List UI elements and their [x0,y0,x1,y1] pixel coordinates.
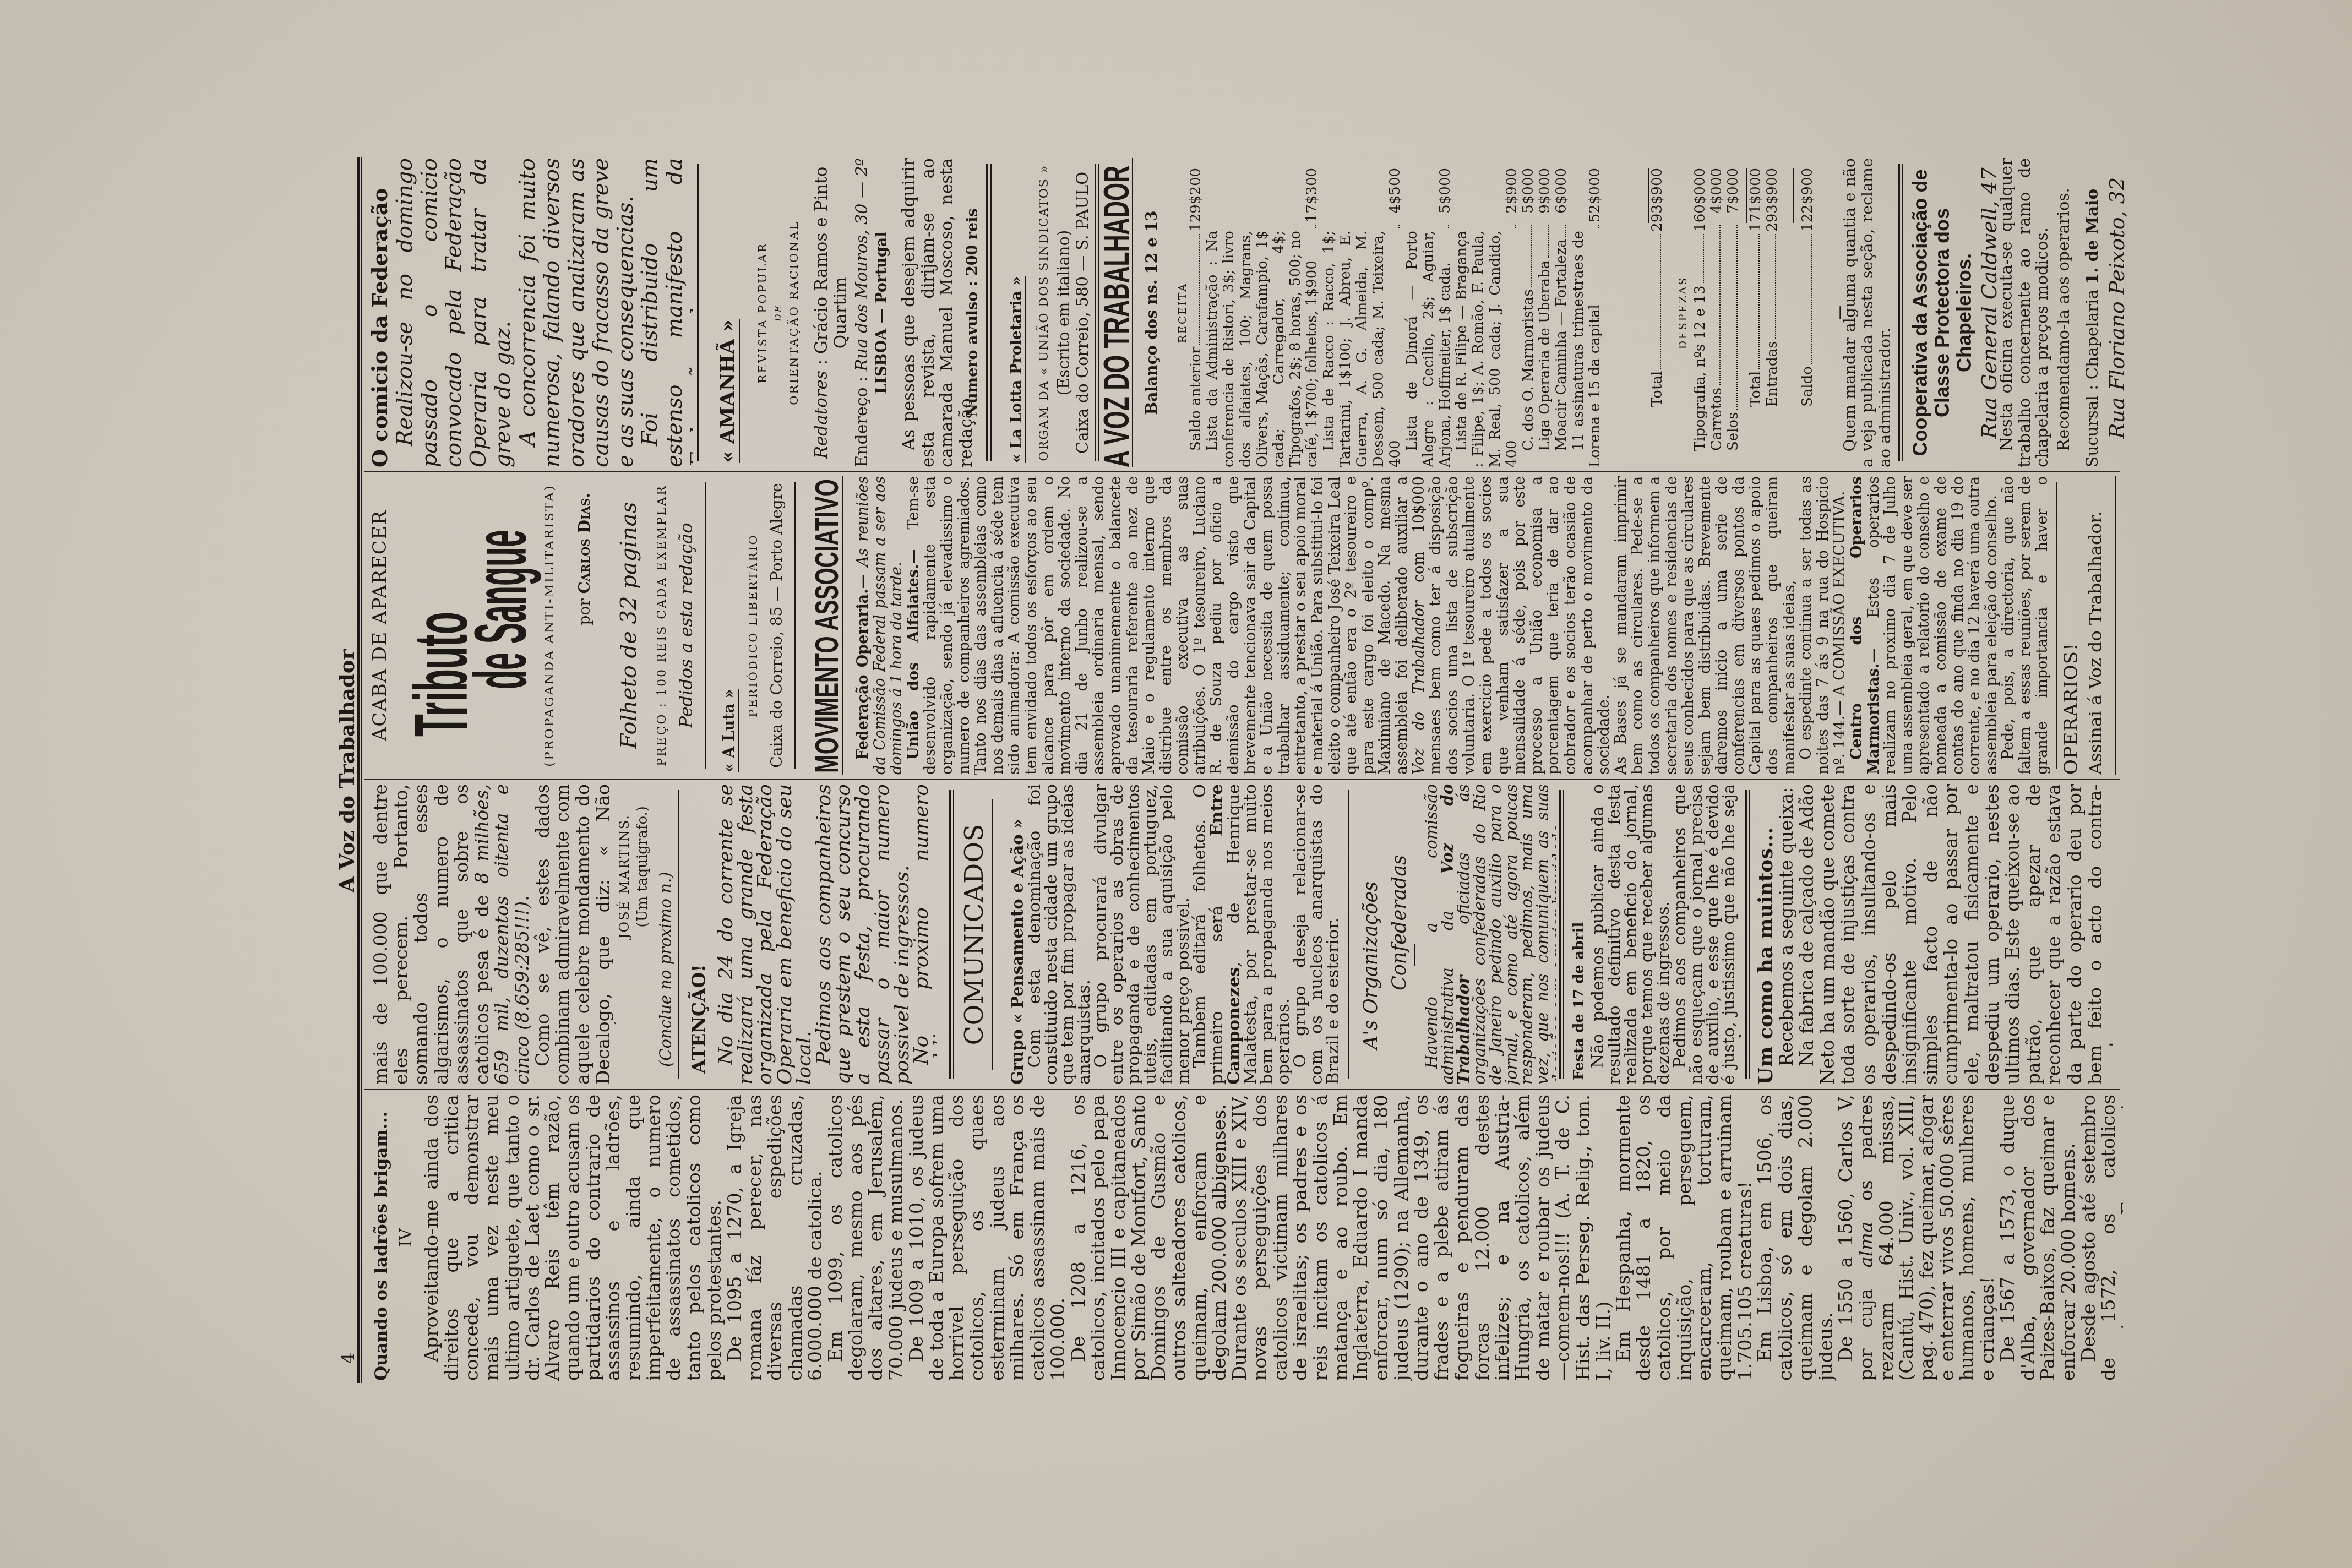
paragraph: Tambem editará folhetos. O primeiro será… [1192,784,1292,1085]
dot-leader [1775,234,1776,339]
ledger-desc: Selos [1725,412,1741,467]
ledger-desc: C. dos O. Marmoristas [1520,289,1537,467]
cooperativa-title: Cooperativa da Associação de Classe Prot… [1909,158,1975,467]
paragraph: Pede, pois, a directoria, que não faltem… [2000,476,2051,775]
ledger-amount: 6$000 [1553,158,1570,223]
dot-leader [1398,225,1400,228]
dot-leader [1598,225,1599,228]
lotta-address: Caixa do Correio, 580 — S. PAULO [1073,158,1092,467]
text-run: com 10$000 mensaes bem como ter á dispos… [1411,476,1613,775]
branch-label: Sucursal : Chapelaria [2083,284,2101,467]
section-rule [697,164,701,461]
a-luta-header: « A Luta » [721,476,739,775]
paragraph: Recomendamo-la aos operarios. [2055,158,2073,467]
balance-note: Quem mandar alguma quantia e não a veja … [1841,158,1894,467]
amanha-address: Endereço : Rua dos Mouros, 30 — 2ºLISBOA… [852,158,892,467]
news-item: União dos Alfaiates.— Tem-se desenvolvid… [906,476,1613,775]
ledger-amount: 7$000 [1725,158,1741,223]
editors-names: : Grácio Ramos e Pinto Quartim [812,167,851,371]
ledger-desc: Lista de Dinorá — Porto Alegre : Cecilio… [1404,231,1454,467]
news-item-head: União dos Alfaiates.— [905,529,922,760]
cooperativa-branch-address: Rua Floriano Peixoto, 32 [2105,158,2129,467]
ledger-row: Lista de Dinorá — Porto Alegre : Cecilio… [1404,158,1454,467]
ad-price: PREÇO : 100 REIS CADA EXEMPLAR [654,476,671,775]
ledger-amount: 5$000 [1520,158,1537,223]
paragraph: As Bases já se mandaram imprimir bem com… [1613,476,1799,775]
section-title-underline [842,476,843,775]
ledger-row: Saldo anterior129$200 [1188,158,1204,467]
amanha-subtitle: REVISTA POPULAR DE ORIENTAÇÃO RACIONAL [755,158,802,467]
section-rule [986,164,992,461]
complaint-body: Recebemos a seguinte queixa: Na fabrica … [1776,784,2113,1085]
dot-leader [1660,234,1661,369]
paragraph: O grupo procurará divulgar entre os oper… [1093,784,1192,1085]
text-run-italic: alma [1855,1222,1877,1268]
paragraph: A concorrencia foi muito numerosa, falan… [516,158,639,467]
ledger-amount: 160$000 [1692,158,1708,232]
newspaper-page: 4 A Voz do Trabalhador Quando os ladrões… [325,151,2136,1390]
ledger-row-income: Entradas293$900 [1764,158,1781,467]
ledger-desc: Lista de Racco : Racco, 1$; Tartarini, 1… [1321,231,1404,467]
ad-byline: por Carlos Dias. [576,476,594,775]
ad-format: Folheto de 32 paginas [617,476,641,775]
section-rule [1348,790,1352,1079]
paragraph: Em 1099, os catolicos degolaram, mesmo a… [826,1095,907,1381]
ledger-amount: 4$500 [1387,158,1403,223]
paragraph: O espedinte continua a ser todas as noit… [1798,476,1849,775]
notice-body: No dia 24 do corrente se realizará uma g… [716,784,937,1085]
dot-leader [1703,234,1704,284]
ledger-row: Liga Operaria de Uberaba9$000 [1537,158,1553,467]
paragraph: mais de 100.000 que dentre eles perecem.… [371,784,533,1085]
balance-paper-title: A VOZ DO TRABALHADOR [1098,158,1133,467]
dot-leader [1315,225,1316,228]
news-item-text: Estes operarios realizam no proximo dia … [1865,476,2000,775]
title-dash [1414,944,1415,966]
column-divider [364,471,2120,472]
festa-body: Não podemos publicar ainda o resultado d… [1590,784,1741,1085]
section-title-text: MOVIMENTO ASSOCIATIVO [809,479,845,773]
organizations-body: Havendo a comissão administrativa da Voz… [1424,784,1556,1085]
dot-leader [1199,234,1200,345]
news-item: Federação Operaria.— As reuniões da Comi… [855,476,906,775]
ledger-desc: Moacir Caminha — Fortaleza [1553,239,1570,467]
article-body: Realizou-se no domingo passado o comicio… [393,158,693,467]
subtitle-line: DE [771,158,787,467]
subscribe-text: Assinai á Voz do Trabalhador. [2084,476,2106,775]
ad-title-line2: de Sangue [467,524,544,689]
group-body: Com esta denominação foi constituido nes… [1027,784,1343,1085]
ledger-desc: Lista de R. Filipe — Bragança : Filipe, … [1453,231,1520,467]
paragraph: O grupo deseja relacionar-se com os nucl… [1292,784,1342,1085]
column-2: mais de 100.000 que dentre eles perecem.… [325,784,2136,1085]
paper-title-text: A VOZ DO TRABALHADOR [1097,166,1136,467]
paragraph: Pedimos aos companheiros que prestem o s… [814,784,912,1085]
section-rule [2056,482,2060,769]
paragraph: Em Lisboa, em 1506, os catolicos, só em … [1755,1095,1836,1381]
ledger-desc: 11 assinaturas trimestraes de Lorena e 1… [1570,231,1603,467]
ad-author: Carlos Dias. [575,493,594,594]
signature: A COMISSÃO EXECUTIVA. [1831,491,1848,696]
ledger-amount: 52$000 [1587,158,1603,223]
paragraph: Quem mandar alguma quantia e não a veja … [1841,158,1894,467]
ledger-row-balance: Saldo122$900 [1799,158,1816,467]
ledger-amount: 129$200 [1188,158,1204,232]
paragraph: No proximo numero publicaremos o program… [912,784,937,1085]
paragraph: Desde agosto até setembro de 1572, os ca… [2079,1095,2123,1381]
ledger-amount: 293$900 [1764,158,1781,232]
section-rule [794,482,798,769]
ledger-desc: Carretos [1708,388,1725,467]
section-rule [1559,790,1564,1079]
ledger-desc: Saldo [1799,366,1816,467]
organizations-title-line1: A's Organizações [1360,784,1382,1085]
paragraph: Não podemos publicar ainda o resultado d… [1590,784,1672,1085]
ledger-amount: 5$000 [1437,158,1453,223]
dot-leader [1736,225,1738,410]
article-part-number: IV [396,1095,416,1381]
complaint-title: Um como ha muintos... [1755,784,1777,1085]
paragraph: Como se vê, estes dados combinam admirav… [533,784,616,1085]
paragraph: Foi distribuido um estenso manifesto da … [638,158,693,467]
paragraph: Na fabrica de calçado de Adão Neto ha um… [1796,784,2113,1085]
column-4: O comicio da Federação Realizou-se no do… [325,158,2136,467]
section-rule [949,790,954,1079]
dot-leader [1515,225,1516,228]
dot-leader [1719,225,1721,385]
section-rule [1745,790,1750,1079]
festa-title: Festa de 17 de abril [1571,784,1587,1085]
article-title: Quando os ladrões brigam... [371,1095,392,1381]
ledger-desc: Entradas [1764,341,1781,467]
balance-summary: Total171$000 Entradas293$900 Saldo122$90… [1746,158,1816,467]
section-rule [1898,164,1903,461]
subtitle-line: REVISTA POPULAR [755,158,771,467]
dot-leader [1548,225,1549,258]
a-luta-title: « A Luta » [722,689,739,772]
branch-name: 1. de Maio [2082,189,2101,284]
column-divider [364,1089,2120,1090]
ledger-desc: Total [1747,371,1764,467]
article-body: Aproveitando-me ainda dos direitos que a… [422,1095,2123,1381]
continued-note: (Conclue no proximo n.) [656,784,675,1085]
ledger-row: Lista de R. Filipe — Bragança : Filipe, … [1453,158,1520,467]
paper-title-underline [1132,158,1133,467]
ad-orders: Pedidos a esta redação [676,476,696,775]
movimento-section-title: MOVIMENTO ASSOCIATIVO [809,476,843,773]
ledger-amount: 17$300 [1304,158,1320,223]
ledger-row: Selos7$000 [1725,158,1741,467]
address-street: Rua dos Mouros, 30 — 2º [852,158,872,371]
lotta-language: (Escrito em italiano) [1054,158,1074,467]
expenses-label: DESPEZAS [1675,158,1691,467]
section-rule [678,790,682,1079]
paragraph: De 1208 a 1216, os catolicos, incitados … [1069,1095,1231,1381]
ledger-desc: Lista da Administração : Na conferencia … [1204,231,1320,467]
a-luta-subtitle: PERIÓDICO LIBERTÁRIO [744,476,762,775]
paragraph: De 1095 a 1270, a Igreja romana fáz pere… [725,1095,826,1381]
receipts-total: Total293$900 [1648,158,1665,467]
ledger-amount: 4$000 [1708,158,1725,223]
group-title: Grupo « Pensamento e Ação » [1009,784,1026,1085]
paragraph: Aproveitando-me ainda dos direitos que a… [422,1095,725,1381]
lotta-title: « La Lotta Proletaria » [1009,276,1026,463]
paragraph: De 1567 a 1573, o duque d'Alba, governad… [1998,1095,2079,1381]
paragraph: No dia 24 do corrente se realizará uma g… [716,784,814,1085]
paragraph: Com esta denominação foi constituido nes… [1027,784,1093,1085]
cooperativa-branch: Sucursal : Chapelaria 1. de Maio [2083,158,2101,467]
byline-prefix: por [575,594,594,625]
ad-kicker: ACABA DE APARECER [369,476,391,775]
ledger-amount: 293$900 [1649,158,1665,232]
paragraph: De 1550 a 1560, Carlos V, por cuja alma … [1836,1095,1998,1381]
expenses-ledger: Tipografia, nºs 12 e 13160$000 Carretos4… [1692,158,1742,467]
ledger-amount: 2$900 [1504,158,1520,223]
ledger-row: Carretos4$000 [1708,158,1725,467]
a-luta-address: Caixa do Correio, 85 — Porto Alegre [767,476,787,775]
section-rule [705,482,709,769]
receipts-ledger: Saldo anterior129$200 Lista da Administr… [1188,158,1603,467]
subtitle-line: ORIENTAÇÃO RACIONAL [786,158,802,467]
amanha-price: Numero avulso : 200 reis [963,158,982,467]
ad-subtitle: (PROPAGANDA ANTI-MILITARISTA) [541,476,558,775]
column-1: Quando os ladrões brigam... IV Aproveita… [325,1095,2136,1381]
ledger-amount: 171$000 [1747,158,1764,232]
article-continuation: mais de 100.000 que dentre eles perecem.… [371,784,616,1085]
column-3: ACABA DE APARECER Tributo de Sangue (PRO… [325,476,2136,775]
column-divider [364,779,2120,780]
ledger-row: 11 assinaturas trimestraes de Lorena e 1… [1570,158,1603,467]
dot-leader [1448,225,1449,228]
section-title-comunicados: COMUNICADOS [959,784,989,1085]
cooperativa-body: Nesta oficina executa-se qualquer trabal… [1997,158,2072,467]
paragraph: De 1009 a 1010, os judeus de toda a Euro… [907,1095,1069,1381]
lotta-header: « La Lotta Proletaria » [1008,158,1026,467]
ledger-desc: Tipografia, nºs 12 e 13 [1692,285,1708,467]
ledger-desc: Total [1649,371,1665,467]
subscribe-title: OPERARIOS! [2060,476,2082,775]
notice-title: ATENÇÃO! [689,784,710,1085]
ledger-row: Moacir Caminha — Fortaleza6$000 [1553,158,1570,467]
organizations-title-line2: Confederadas [1389,784,1411,1085]
ledger-row: Lista de Racco : Racco, 1$; Tartarini, 1… [1321,158,1404,467]
author-note: (Um taquigrafo.) [634,784,652,1085]
ledger-row: Lista da Administração : Na conferencia … [1204,158,1320,467]
amanha-editors: Redatores : Grácio Ramos e Pinto Quartim [812,158,851,467]
dot-leader [1565,225,1566,237]
section-title-underline [992,799,993,1069]
text-run-italic: Voz do Trabalhador [1411,601,1428,775]
ledger-row: Tipografia, nºs 12 e 13160$000 [1692,158,1708,467]
paragraph: Em Hespanha, mormente desde 1481 a 1820,… [1614,1095,1755,1381]
article-title: O comicio da Federação [368,158,391,467]
paragraph: Nesta oficina executa-se qualquer trabal… [1997,158,2051,467]
text-run: os padres rezaram 64.000 missas, (Cantú,… [1855,1095,1999,1381]
lotta-details: ORGAM DA « UNIÃO DOS SINDICATOS » (Escri… [1035,158,1092,467]
ledger-desc: Liga Operaria de Uberaba [1537,260,1553,467]
author-signature: JOSÉ MARTINS. [616,784,634,1085]
movimento-body: Federação Operaria.— As reuniões da Comi… [855,476,2051,775]
text-run: Tem-se desenvolvido rapidamente esta org… [905,476,1411,775]
ledger-row-total: Total171$000 [1747,158,1764,467]
news-item: Centro dos Operarios Marmoristas.— Estes… [1849,476,2000,775]
amanha-title: « AMANHÃ » [717,319,740,463]
amanha-header: « AMANHÃ » [717,158,740,467]
dot-leader [1531,225,1532,287]
lotta-organ: ORGAM DA « UNIÃO DOS SINDICATOS » [1035,158,1054,467]
paragraph: Recebemos a seguinte queixa: [1776,784,1796,1085]
paragraph: Durante os seculos XIII e XIV, novas per… [1230,1095,1614,1381]
dot-leader [1758,234,1760,369]
ledger-desc: Saldo anterior [1188,347,1204,467]
text-run: . [511,895,533,901]
ledger-row: C. dos O. Marmoristas5$000 [1520,158,1537,467]
news-item-head: Federação Operaria.— [855,567,872,760]
ad-title-text: de Sangue [460,530,542,689]
paragraph: Pedimos aos companheiros que não esqueça… [1672,784,1741,1085]
address-city: LISBOA — Portugal [872,158,892,467]
paragraph: Havendo a comissão administrativa da Voz… [1424,784,1556,1085]
ledger-row-total: Total293$900 [1649,158,1665,467]
balance-rule [1793,168,1794,223]
paragraph: Endereço : Caixa do Correio 236 — Rio de… [1342,784,1343,1085]
ledger-amount: 122$900 [1799,158,1816,232]
balance-title: Balanço dos ns. 12 e 13 [1142,158,1162,467]
bottom-rule [2115,476,2116,775]
ledger-amount: 9$000 [1537,158,1553,223]
editors-label: Redatores [812,371,831,459]
dot-leader [1811,234,1812,364]
address-label: Endereço : [852,371,872,467]
paragraph: Realizou-se no domingo passado o comicio… [393,158,516,467]
